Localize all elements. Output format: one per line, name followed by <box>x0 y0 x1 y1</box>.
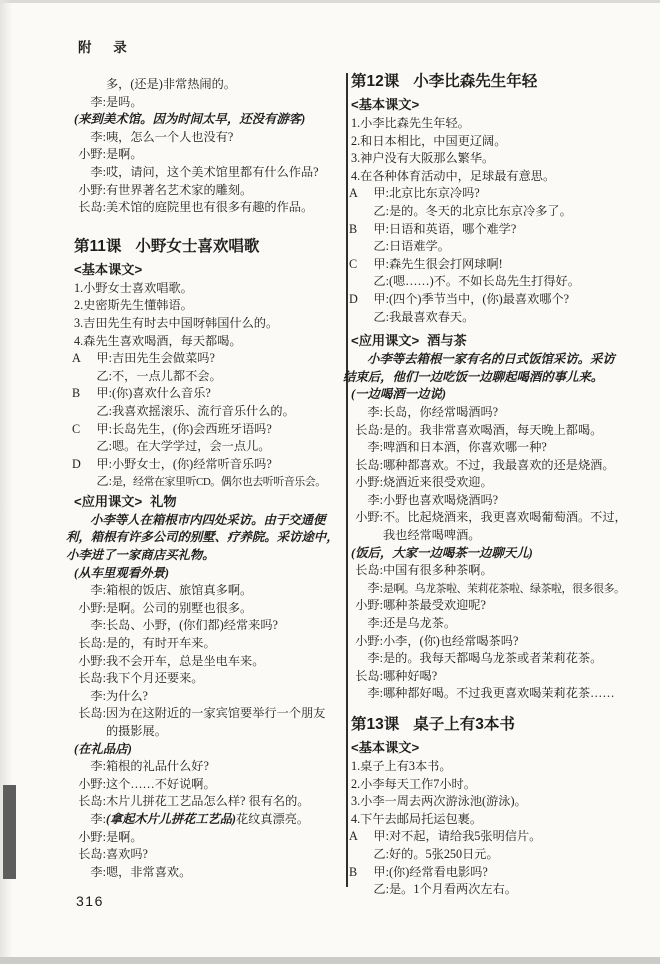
qa-tag: B <box>349 221 357 239</box>
lesson-title: 小李比森先生年轻 <box>413 73 537 90</box>
section-title: 礼物 <box>150 494 176 509</box>
dialogue-line: 李长岛，你经常喝酒吗? <box>343 404 655 422</box>
scan-edge-bottom <box>0 957 660 964</box>
qa-tag: C <box>72 421 80 439</box>
speaker-name: 李 <box>66 129 106 147</box>
qa-tag: A <box>72 350 81 368</box>
speaker-name: 小野 <box>343 597 383 615</box>
qa-line: 乙我喜欢摇滚乐、流行音乐什么的。 <box>66 403 350 421</box>
dialogue-line: 小野有世界著名艺术家的雕刻。 <box>66 182 350 200</box>
qa-speaker: 乙 <box>72 368 112 386</box>
dialogue-line: 李哪种都好喝。不过我更喜欢喝茉莉花茶…… <box>343 685 655 703</box>
qa-line: D甲小野女士，(你)经常听音乐吗? <box>66 456 350 474</box>
section-title: 酒与茶 <box>427 333 467 348</box>
speaker-name: 李 <box>343 404 383 422</box>
lesson-heading: 第12课小李比森先生年轻 <box>343 70 655 96</box>
section-label: <应用课文> <box>74 494 142 509</box>
speaker-name: 李 <box>66 688 106 706</box>
qa-tag: D <box>72 456 81 474</box>
dialogue-line: 小野小李，(你)也经常喝茶吗? <box>343 633 655 651</box>
qa-line: 乙是，经常在家里听CD。偶尔也去听听音乐会。 <box>66 473 350 491</box>
qa-line: 乙不，一点儿都不会。 <box>66 368 350 386</box>
dialogue-line: 小野是啊。 <box>66 829 350 847</box>
dialogue-line: 李是吗。 <box>66 94 350 112</box>
narrative-line: 结束后，他们一边吃饭一边聊起喝酒的事儿来。 <box>343 369 655 387</box>
section-heading: <应用课文>酒与茶 <box>343 332 655 351</box>
dialogue-line: 李小野也喜欢喝烧酒吗? <box>343 492 655 510</box>
dialogue-line: 小野是啊。公司的别墅也很多。 <box>66 600 350 618</box>
stage-direction: (来到美术馆。因为时间太早，还没有游客) <box>66 111 350 129</box>
speaker-name: 小野 <box>66 182 106 200</box>
qa-line: 乙好的。5张250日元。 <box>343 846 655 864</box>
dialogue-line: 长岛哪种好喝? <box>343 668 655 686</box>
section-heading: <基本课文> <box>343 96 655 115</box>
qa-line: 乙我最喜欢春天。 <box>343 309 655 327</box>
dialogue-line: 李箱根的礼品什么好? <box>66 758 350 776</box>
qa-line: D甲(四个)季节当中，(你)最喜欢哪个? <box>343 291 655 309</box>
speaker-name: 小野 <box>343 509 383 527</box>
dialogue-line: 李嗯，非常喜欢。 <box>66 864 350 882</box>
speaker-name: 长岛 <box>66 635 106 653</box>
speaker-name: 李 <box>343 685 383 703</box>
speaker-name: 小野 <box>343 633 383 651</box>
qa-speaker: 乙 <box>349 881 389 899</box>
dialogue-line: 李长岛、小野，(你们都)经常来吗? <box>66 617 350 635</box>
qa-speaker: 乙 <box>349 273 389 291</box>
dialogue-line: 李咦，怎么一个人也没有? <box>66 129 350 147</box>
dialogue-line: 李还是乌龙茶。 <box>343 615 655 633</box>
basic-text-item: 2.史密斯先生懂韩语。 <box>66 297 350 315</box>
dialogue-line: 长岛我下个月还要来。 <box>66 670 350 688</box>
qa-line: C甲森先生很会打网球啊! <box>343 256 655 274</box>
speaker-name: 李 <box>66 864 106 882</box>
section-label: <基本课文> <box>74 262 142 277</box>
narrative-line: 小李进了一家商店买礼物。 <box>66 547 350 565</box>
left-column: 多，(还是)非常热闹的。李是吗。(来到美术馆。因为时间太早，还没有游客)李咦，怎… <box>66 76 350 881</box>
dialogue-line: 长岛是的，有时开车来。 <box>66 635 350 653</box>
qa-line: 乙嗯。在大学学过，会一点儿。 <box>66 438 350 456</box>
dialogue-line: 李哎，请问，这个美术馆里都有什么作品? <box>66 164 350 182</box>
speaker-name: 长岛 <box>66 670 106 688</box>
qa-line: C甲长岛先生，(你)会西班牙语吗? <box>66 421 350 439</box>
qa-tag: A <box>349 185 358 203</box>
section-heading: <基本课文> <box>66 261 350 280</box>
qa-tag: B <box>72 385 80 403</box>
lesson-title: 桌子上有3本书 <box>413 716 515 733</box>
dialogue-line: 李为什么? <box>66 688 350 706</box>
dialogue-line: 小野我不会开车，总是坐电车来。 <box>66 653 350 671</box>
speaker-name: 长岛 <box>66 793 106 811</box>
qa-speaker: 乙 <box>349 846 389 864</box>
speaker-name: 长岛 <box>66 199 106 217</box>
basic-text-item: 4.下午去邮局托运包裹。 <box>343 811 655 829</box>
page-number: 316 <box>76 893 104 909</box>
speaker-name: 小野 <box>66 776 106 794</box>
basic-text-item: 4.森先生喜欢喝酒，每天都喝。 <box>66 333 350 351</box>
speaker-name: 李 <box>343 439 383 457</box>
inline-stage-direction: (拿起木片儿拼花工艺品) <box>106 812 236 826</box>
speaker-name: 李 <box>66 811 106 829</box>
qa-line: A甲北京比东京冷吗? <box>343 185 655 203</box>
speaker-name: 小野 <box>66 829 106 847</box>
page-edge-tab <box>3 785 16 879</box>
dialogue-line: 长岛哪种都喜欢。不过，我最喜欢的还是烧酒。 <box>343 457 655 475</box>
dialogue-line: 李(拿起木片儿拼花工艺品)花纹真漂亮。 <box>66 811 350 829</box>
basic-text-item: 3.小李一周去两次游泳池(游泳)。 <box>343 793 655 811</box>
lesson-title: 小野女士喜欢唱歌 <box>135 238 259 255</box>
speaker-name: 长岛 <box>343 562 383 580</box>
dialogue-line: 李是的。我每天都喝乌龙茶或者茉莉花茶。 <box>343 650 655 668</box>
qa-tag: B <box>349 864 357 882</box>
wrapped-line: 多，(还是)非常热闹的。 <box>66 76 350 94</box>
speaker-name: 李 <box>66 617 106 635</box>
basic-text-item: 3.吉田先生有时去中国呀韩国什么的。 <box>66 315 350 333</box>
dialogue-line: 小野这个……不好说啊。 <box>66 776 350 794</box>
speaker-name: 李 <box>343 615 383 633</box>
qa-speaker: 乙 <box>72 473 112 491</box>
qa-line: 乙(嗯……)不。不如长岛先生打得好。 <box>343 273 655 291</box>
dialogue-line: 李箱根的饭店、旅馆真多啊。 <box>66 582 350 600</box>
section-heading: <基本课文> <box>343 739 655 758</box>
lesson-number: 第13课 <box>351 716 399 733</box>
dialogue-line: 小野哪种茶最受欢迎呢? <box>343 597 655 615</box>
qa-tag: A <box>349 828 358 846</box>
dialogue-line: 长岛是的。我非常喜欢喝酒，每天晚上都喝。 <box>343 422 655 440</box>
qa-line: B甲日语和英语，哪个难学? <box>343 221 655 239</box>
section-label: <应用课文> <box>351 333 419 348</box>
lesson-number: 第11课 <box>74 238 121 255</box>
section-label: <基本课文> <box>351 97 419 112</box>
qa-tag: C <box>349 256 357 274</box>
stage-direction: (一边喝酒一边说) <box>343 386 655 404</box>
basic-text-item: 1.桌子上有3本书。 <box>343 758 655 776</box>
basic-text-item: 1.小野女士喜欢唱歌。 <box>66 280 350 298</box>
speaker-name: 李 <box>66 164 106 182</box>
basic-text-item: 3.神户没有大阪那么繁华。 <box>343 150 655 168</box>
speaker-name: 长岛 <box>343 422 383 440</box>
narrative-line: 利，箱根有许多公司的别墅、疗养院。采访途中， <box>66 529 350 547</box>
basic-text-item: 2.小李每天工作7小时。 <box>343 776 655 794</box>
dialogue-line: 小野不。比起烧酒来，我更喜欢喝葡萄酒。不过， <box>343 509 655 527</box>
dialogue-line: 李啤酒和日本酒，你喜欢哪一种? <box>343 439 655 457</box>
book-page: 附 录 多，(还是)非常热闹的。李是吗。(来到美术馆。因为时间太早，还没有游客)… <box>0 0 660 964</box>
qa-speaker: 乙 <box>349 238 389 256</box>
dialogue-line: 长岛木片儿拼花工艺品怎么样? 很有名的。 <box>66 793 350 811</box>
vertical-gap <box>343 703 655 713</box>
qa-speaker: 乙 <box>72 403 112 421</box>
qa-line: A甲对不起，请给我5张明信片。 <box>343 828 655 846</box>
qa-line: 乙是的。冬天的北京比东京冷多了。 <box>343 203 655 221</box>
dialogue-line: 小野是啊。 <box>66 146 350 164</box>
lesson-heading: 第11课小野女士喜欢唱歌 <box>66 235 350 261</box>
speaker-name: 长岛 <box>66 705 106 723</box>
section-label: <基本课文> <box>351 740 419 755</box>
lesson-number: 第12课 <box>351 73 399 90</box>
basic-text-item: 1.小李比森先生年轻。 <box>343 115 655 133</box>
dialogue-line: 李是啊。乌龙茶啦、茉莉花茶啦、绿茶啦，很多很多。 <box>343 580 655 598</box>
speaker-name: 小野 <box>66 653 106 671</box>
speaker-name: 李 <box>66 582 106 600</box>
dialogue-line: 小野烧酒近来很受欢迎。 <box>343 474 655 492</box>
speaker-name: 李 <box>343 650 383 668</box>
speaker-name: 小野 <box>66 146 106 164</box>
qa-line: A甲吉田先生会做菜吗? <box>66 350 350 368</box>
qa-speaker: 乙 <box>72 438 112 456</box>
dialogue-line: 长岛喜欢吗? <box>66 846 350 864</box>
speaker-name: 李 <box>66 94 106 112</box>
speaker-name: 李 <box>343 580 383 598</box>
section-heading: <应用课文>礼物 <box>66 493 350 512</box>
qa-line: 乙是。1个月看两次左右。 <box>343 881 655 899</box>
wrapped-line: 我也经常喝啤酒。 <box>343 527 655 545</box>
speaker-name: 李 <box>343 492 383 510</box>
vertical-gap <box>66 217 350 235</box>
speaker-name: 李 <box>66 758 106 776</box>
stage-direction: (饭后，大家一边喝茶一边聊天儿) <box>343 545 655 563</box>
qa-speaker: 乙 <box>349 309 389 327</box>
basic-text-item: 2.和日本相比，中国更辽阔。 <box>343 133 655 151</box>
speaker-name: 长岛 <box>343 668 383 686</box>
qa-tag: D <box>349 291 358 309</box>
basic-text-item: 4.在各种体育活动中，足球最有意思。 <box>343 168 655 186</box>
speaker-name: 小野 <box>343 474 383 492</box>
qa-line: 乙日语难学。 <box>343 238 655 256</box>
speaker-name: 小野 <box>66 600 106 618</box>
qa-speaker: 乙 <box>349 203 389 221</box>
narrative-line: 小李等人在箱根市内四处采访。由于交通便 <box>66 512 350 530</box>
scan-edge-top <box>0 0 660 3</box>
dialogue-line: 长岛中国有很多种茶啊。 <box>343 562 655 580</box>
stage-direction: (在礼品店) <box>66 741 350 759</box>
qa-line: B甲(你)经常看电影吗? <box>343 864 655 882</box>
dialogue-line: 长岛因为在这附近的一家宾馆要举行一个朋友 <box>66 705 350 723</box>
qa-line: B甲(你)喜欢什么音乐? <box>66 385 350 403</box>
right-column: 第12课小李比森先生年轻<基本课文>1.小李比森先生年轻。2.和日本相比，中国更… <box>343 70 655 899</box>
running-head: 附 录 <box>78 36 136 56</box>
speaker-name: 长岛 <box>343 457 383 475</box>
stage-direction: (从车里观看外景) <box>66 565 350 583</box>
wrapped-line: 的摄影展。 <box>66 723 350 741</box>
narrative-line: 小李等去箱根一家有名的日式饭馆采访。采访 <box>343 351 655 369</box>
lesson-heading: 第13课桌子上有3本书 <box>343 713 655 739</box>
dialogue-line: 长岛美术馆的庭院里也有很多有趣的作品。 <box>66 199 350 217</box>
speaker-name: 长岛 <box>66 846 106 864</box>
